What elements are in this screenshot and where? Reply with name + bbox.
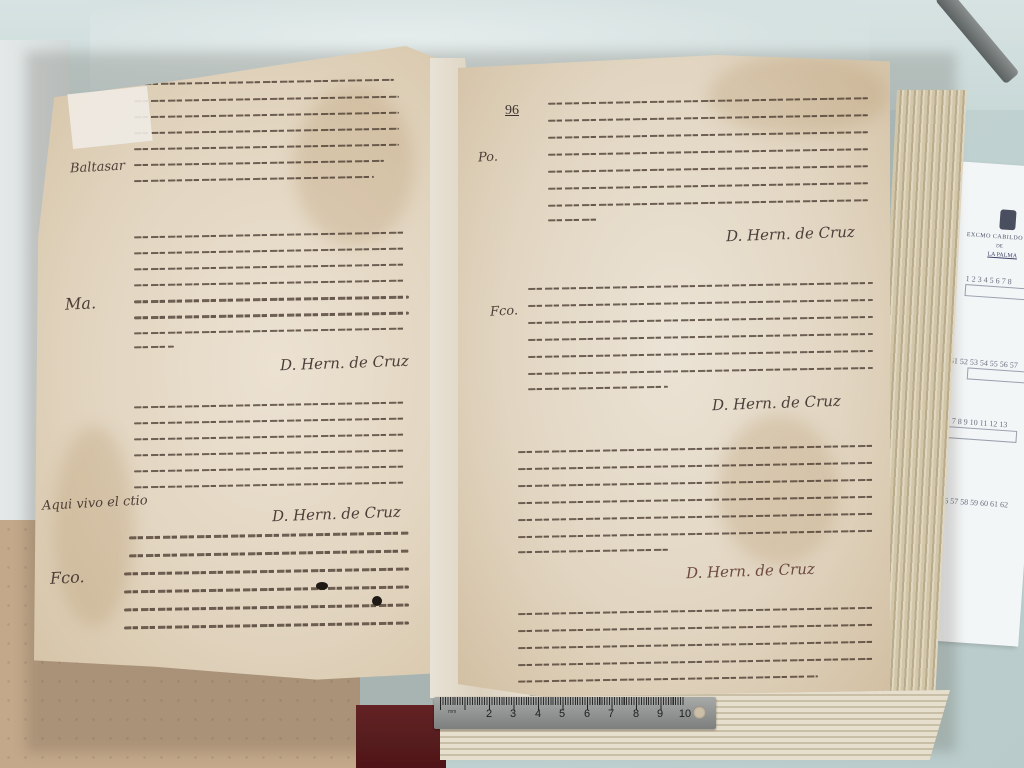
margin-note: Ma. <box>65 293 97 314</box>
ruler-unit-label: mm <box>448 709 456 715</box>
ruler-number: 10 <box>679 708 691 720</box>
coat-of-arms-icon <box>999 209 1016 230</box>
ruler-number: 5 <box>559 708 565 720</box>
margin-note: Baltasar <box>70 159 126 177</box>
sheet-title: EXCMO CABILDO <box>967 232 1024 242</box>
sheet-subtitle: DE <box>996 244 1003 249</box>
margin-note: Fco. <box>490 303 519 319</box>
folio-number: 96 <box>505 103 519 119</box>
right-manuscript-page <box>458 55 890 697</box>
ink-blot <box>316 582 328 590</box>
ruler-number: 2 <box>486 708 492 720</box>
ruler-number: 7 <box>608 708 614 720</box>
ruler-number: 8 <box>633 708 639 720</box>
ruler-number: 4 <box>535 708 541 720</box>
margin-note: Po. <box>478 149 499 165</box>
ruler-number: 9 <box>657 708 663 720</box>
photo-scene: EXCMO CABILDO DE LA PALMA 1 2 3 4 5 6 7 … <box>0 0 1024 768</box>
sheet-place: LA PALMA <box>987 252 1017 260</box>
ink-blot <box>372 596 382 606</box>
paper-repair-patch <box>67 86 152 149</box>
margin-note: Fco. <box>50 567 85 588</box>
metal-ruler: mm 2 3 4 5 6 7 8 9 10 <box>434 697 716 729</box>
ruler-number: 3 <box>510 708 516 720</box>
ruler-number: 6 <box>584 708 590 720</box>
ruler-hang-hole <box>693 706 706 719</box>
